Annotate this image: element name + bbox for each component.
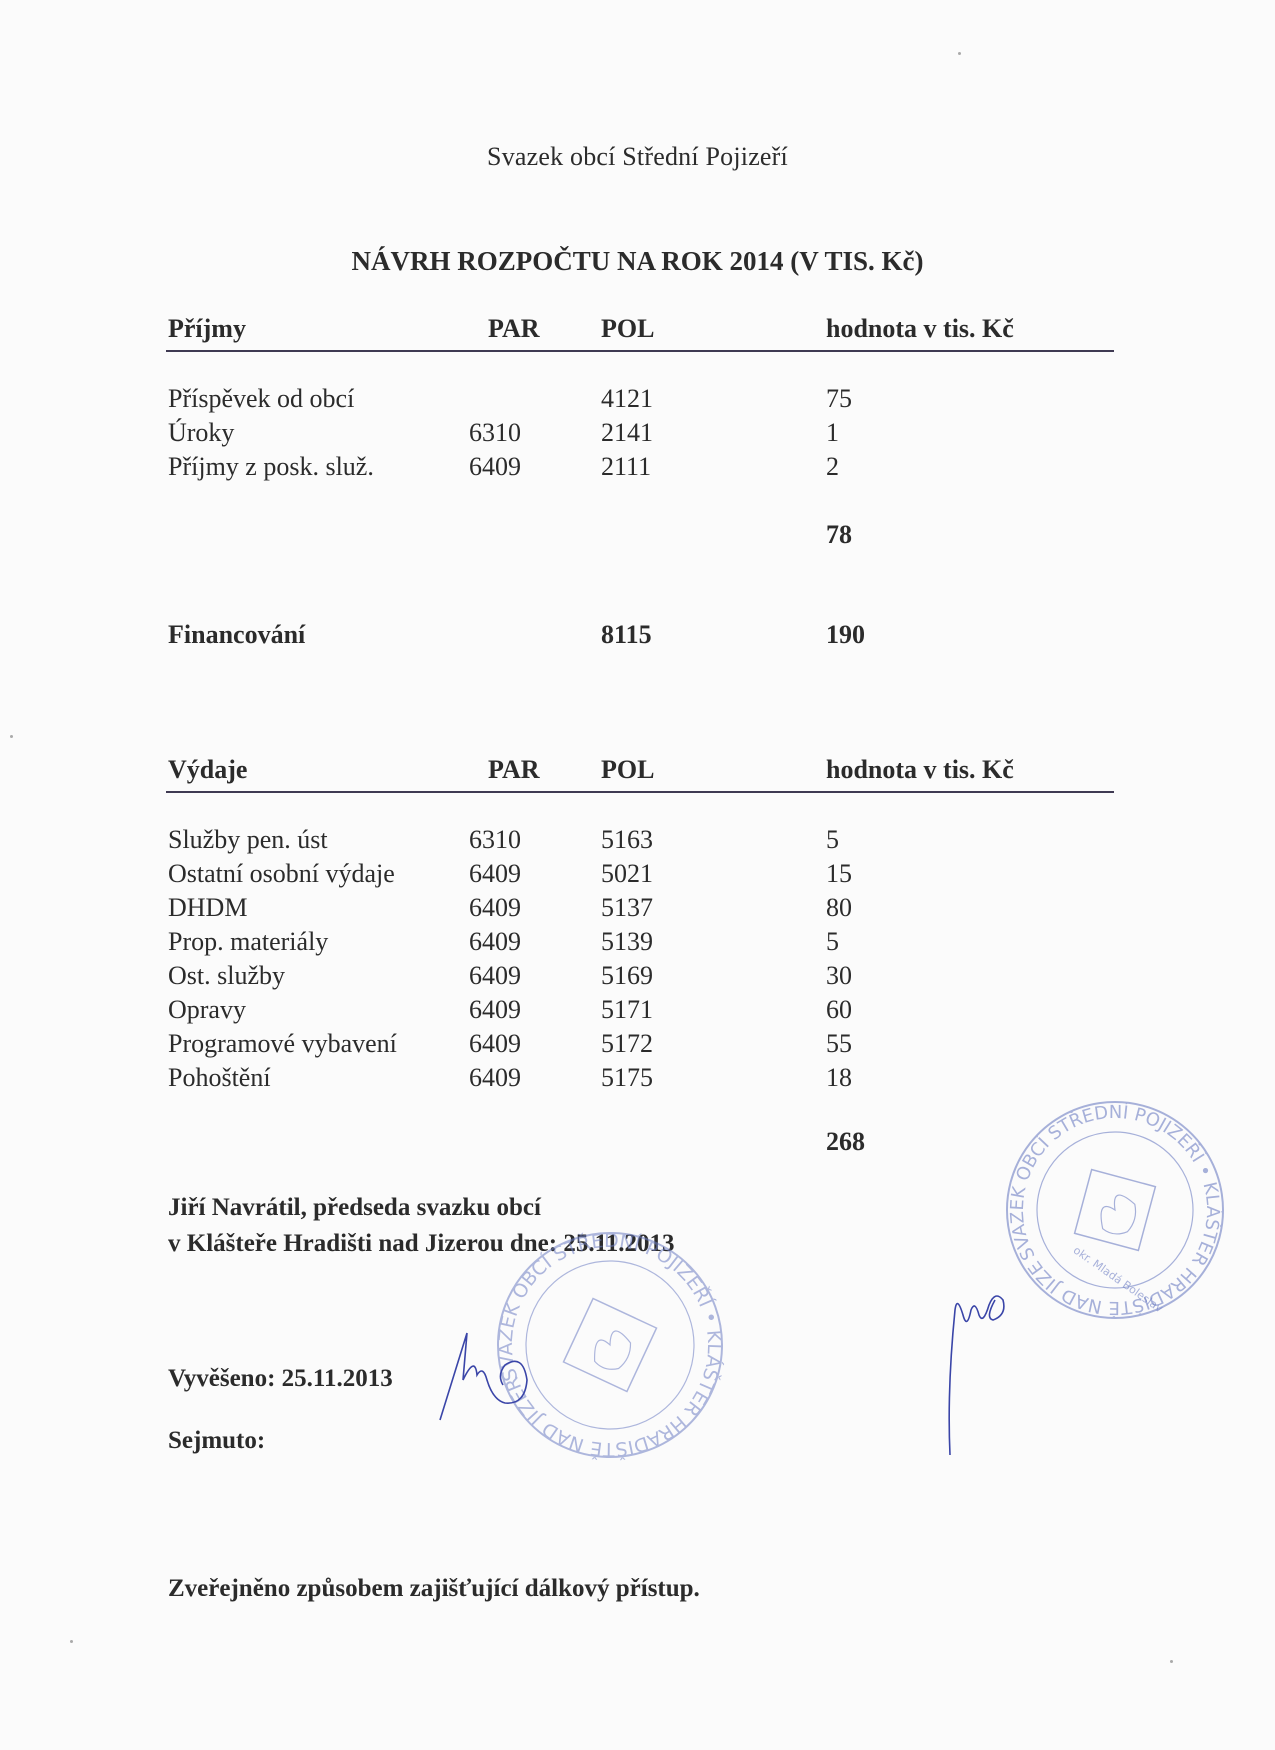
expense-pol: 5163 <box>601 825 653 855</box>
expense-pol: 5139 <box>601 927 653 957</box>
financing-pol: 8115 <box>601 620 652 650</box>
income-header-value: hodnota v tis. Kč <box>826 314 1014 344</box>
expenses-header: Výdaje PAR POL hodnota v tis. Kč <box>0 755 1275 789</box>
expense-value: 80 <box>826 893 852 923</box>
income-header-pol: POL <box>601 314 654 344</box>
expense-par: 6409 <box>469 995 521 1025</box>
organization-name: Svazek obcí Střední Pojizeří <box>0 142 1275 172</box>
financing-value: 190 <box>826 620 865 650</box>
signature-chairman <box>945 1270 1065 1460</box>
expense-value: 18 <box>826 1063 852 1093</box>
income-header: Příjmy PAR POL hodnota v tis. Kč <box>0 314 1275 348</box>
scan-speck <box>70 1640 73 1643</box>
income-value: 75 <box>826 384 852 414</box>
financing-name: Financování <box>168 620 305 650</box>
expense-pol: 5021 <box>601 859 653 889</box>
expense-par: 6409 <box>469 1029 521 1059</box>
expense-value: 55 <box>826 1029 852 1059</box>
income-total: 78 <box>826 520 852 550</box>
expense-row: Prop. materiály640951395 <box>0 927 1275 961</box>
signatory-line: Jiří Navrátil, předseda svazku obcí <box>168 1194 541 1222</box>
expense-name: DHDM <box>168 893 247 923</box>
expense-row: Programové vybavení6409517255 <box>0 1029 1275 1063</box>
expense-row: DHDM6409513780 <box>0 893 1275 927</box>
expense-row: Ostatní osobní výdaje6409502115 <box>0 859 1275 893</box>
income-header-rule <box>166 350 1114 352</box>
expense-par: 6409 <box>469 893 521 923</box>
expenses-header-pol: POL <box>601 755 654 785</box>
income-row: Příspěvek od obcí412175 <box>0 384 1275 418</box>
income-total-row: 78 <box>0 520 1275 554</box>
income-par: 6310 <box>469 418 521 448</box>
income-name: Příjmy z posk. služ. <box>168 452 374 482</box>
expense-row: Pohoštění6409517518 <box>0 1063 1275 1097</box>
income-pol: 2141 <box>601 418 653 448</box>
document-title: NÁVRH ROZPOČTU NA ROK 2014 (V TIS. Kč) <box>0 246 1275 277</box>
scan-speck <box>958 52 961 55</box>
expense-row: Opravy6409517160 <box>0 995 1275 1029</box>
income-name: Úroky <box>168 418 234 448</box>
publication-note: Zveřejněno způsobem zajišťující dálkový … <box>168 1575 700 1603</box>
income-row: Příjmy z posk. služ.640921112 <box>0 452 1275 486</box>
expenses-header-name: Výdaje <box>168 755 247 785</box>
income-name: Příspěvek od obcí <box>168 384 354 414</box>
scan-speck <box>10 735 13 738</box>
expenses-header-par: PAR <box>488 755 540 785</box>
expense-pol: 5169 <box>601 961 653 991</box>
expense-value: 15 <box>826 859 852 889</box>
expenses-header-value: hodnota v tis. Kč <box>826 755 1014 785</box>
financing-row: Financování 8115 190 <box>0 620 1275 654</box>
expense-name: Pohoštění <box>168 1063 271 1093</box>
scan-speck <box>1170 1660 1173 1663</box>
signature-posting <box>435 1325 555 1425</box>
income-header-name: Příjmy <box>168 314 246 344</box>
expense-value: 30 <box>826 961 852 991</box>
income-pol: 4121 <box>601 384 653 414</box>
expenses-header-rule <box>166 791 1114 793</box>
income-par: 6409 <box>469 452 521 482</box>
expense-pol: 5171 <box>601 995 653 1025</box>
income-pol: 2111 <box>601 452 651 482</box>
expense-name: Opravy <box>168 995 246 1025</box>
expense-pol: 5175 <box>601 1063 653 1093</box>
expense-row: Služby pen. úst631051635 <box>0 825 1275 859</box>
expense-value: 5 <box>826 825 839 855</box>
expense-value: 5 <box>826 927 839 957</box>
expense-name: Prop. materiály <box>168 927 328 957</box>
expense-name: Služby pen. úst <box>168 825 328 855</box>
income-row: Úroky631021411 <box>0 418 1275 452</box>
expense-pol: 5172 <box>601 1029 653 1059</box>
income-value: 2 <box>826 452 839 482</box>
income-header-par: PAR <box>488 314 540 344</box>
removed-date: Sejmuto: <box>168 1427 265 1455</box>
expense-name: Ostatní osobní výdaje <box>168 859 395 889</box>
expense-name: Ost. služby <box>168 961 285 991</box>
posted-date: Vyvěšeno: 25.11.2013 <box>168 1365 393 1393</box>
expense-par: 6409 <box>469 961 521 991</box>
income-value: 1 <box>826 418 839 448</box>
expense-par: 6409 <box>469 1063 521 1093</box>
expense-name: Programové vybavení <box>168 1029 397 1059</box>
expense-value: 60 <box>826 995 852 1025</box>
expense-par: 6409 <box>469 859 521 889</box>
expense-par: 6409 <box>469 927 521 957</box>
expenses-total: 268 <box>826 1127 865 1157</box>
expense-row: Ost. služby6409516930 <box>0 961 1275 995</box>
expense-par: 6310 <box>469 825 521 855</box>
expense-pol: 5137 <box>601 893 653 923</box>
